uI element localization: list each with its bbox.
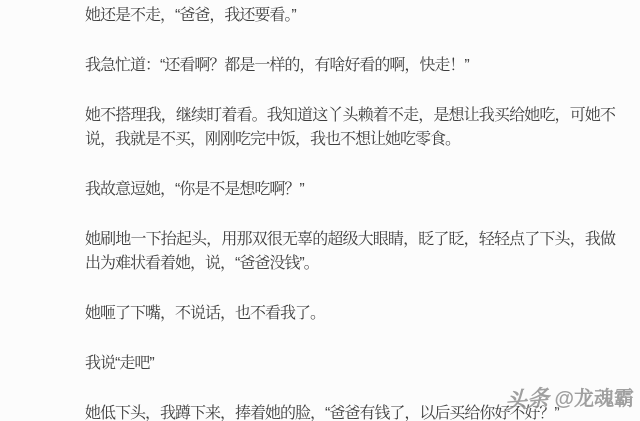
paragraph-1: 她还是不走，“爸爸，我还要看。” [85, 4, 615, 28]
paragraph-4: 我故意逗她，“你是不是想吃啊？” [85, 178, 615, 202]
article-page: 她还是不走，“爸爸，我还要看。” 我急忙道：“还看啊？都是一样的，有啥好看的啊，… [0, 0, 640, 421]
toutiao-logo-text: 头条 [505, 381, 549, 416]
watermark-author-handle: @龙魂霸 [554, 382, 634, 411]
paragraph-6: 她咂了下嘴，不说话，也不看我了。 [85, 302, 615, 326]
paragraph-3: 她不搭理我，继续盯着看。我知道这丫头赖着不走，是想让我买给她吃，可她不说，我就是… [85, 104, 615, 152]
story-text-block: 她还是不走，“爸爸，我还要看。” 我急忙道：“还看啊？都是一样的，有啥好看的啊，… [0, 0, 640, 421]
paragraph-2: 我急忙道：“还看啊？都是一样的，有啥好看的啊，快走！” [85, 54, 615, 78]
paragraph-7: 我说“走吧” [85, 352, 615, 376]
toutiao-watermark: 头条@龙魂霸 [505, 382, 634, 414]
paragraph-5: 她刷地一下抬起头，用那双很无辜的超级大眼睛，眨了眨，轻轻点了下头，我做出为难状看… [85, 228, 615, 276]
